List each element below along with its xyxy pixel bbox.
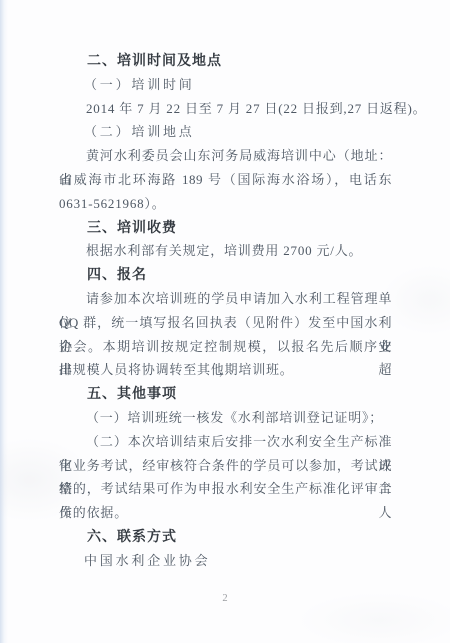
registration-line-3: 协会。本期培训按规定控制规模，以报名先后顺序安排，超 (59, 335, 392, 359)
location-line-1: 黄河水利委员会山东河务局威海培训中心（地址：山东 (59, 144, 392, 168)
location-line-2: 省威海市北环海路 189 号（国际海水浴场），电话： (59, 168, 392, 192)
item-2-training-location-label: （二）培训地点 (59, 120, 392, 144)
scanned-document-page: 二、培训时间及地点 （一）培训时间 2014 年 7 月 22 日至 7 月 2… (0, 0, 450, 643)
registration-line-1: 请参加本次培训班的学员申请加入水利工程管理单位 (59, 287, 392, 311)
training-time-text: 2014 年 7 月 22 日至 7 月 27 日(22 日报到,27 日返程)… (59, 97, 392, 121)
item-1-training-time-label: （一）培训时间 (59, 73, 392, 97)
document-body: 二、培训时间及地点 （一）培训时间 2014 年 7 月 22 日至 7 月 2… (59, 49, 392, 573)
training-fee-text: 根据水利部有关规定，培训费用 2700 元/人。 (59, 239, 392, 263)
other-note-1-text: （一）培训班统一核发《水利部培训登记证明》； (59, 406, 392, 430)
section-2-heading: 二、培训时间及地点 (59, 49, 392, 73)
page-number: 2 (213, 593, 237, 604)
location-phone-line: 0631-5621968）。 (59, 192, 392, 216)
scan-edge-shading (0, 0, 8, 643)
other-note-2-line-2: 审业务考试，经审核符合条件的学员可以参加，考试成绩合 (59, 454, 392, 478)
other-note-2-line-1: （二）本次培训结束后安排一次水利安全生产标准化评 (59, 430, 392, 454)
registration-line-2: QQ 群，统一填写报名回执表（见附件）发至中国水利企业 (59, 311, 392, 335)
section-6-heading: 六、联系方式 (59, 525, 392, 549)
section-5-heading: 五、其他事项 (59, 382, 392, 406)
section-4-heading: 四、报名 (59, 263, 392, 287)
contact-organization: 中国水利企业协会 (59, 549, 392, 573)
other-note-2-line-3: 格的，考试结果可作为申报水利安全生产标准化评审工作人 (59, 477, 392, 501)
section-3-heading: 三、培训收费 (59, 216, 392, 240)
